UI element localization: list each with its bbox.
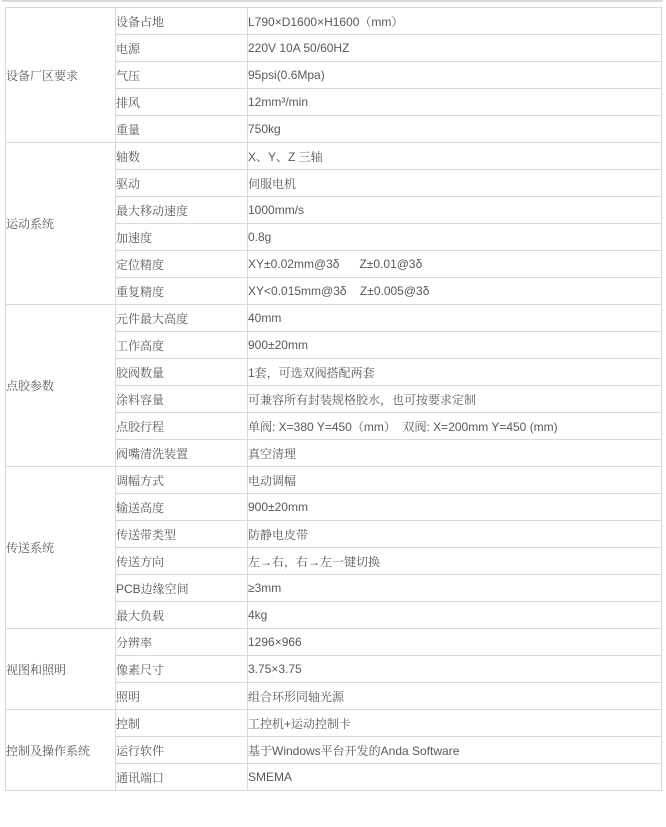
value-cell: 0.8g bbox=[248, 224, 662, 251]
param-cell: 点胶行程 bbox=[116, 413, 248, 440]
value-cell: 电动调幅 bbox=[248, 467, 662, 494]
value-cell: 左→右，右→左一键切换 bbox=[248, 548, 662, 575]
param-cell: 电源 bbox=[116, 35, 248, 62]
category-cell-5: 控制及操作系统 bbox=[6, 710, 116, 791]
value-cell: 4kg bbox=[248, 602, 662, 629]
param-cell: 阀嘴清洗装置 bbox=[116, 440, 248, 467]
param-cell: 气压 bbox=[116, 62, 248, 89]
param-cell: 照明 bbox=[116, 683, 248, 710]
category-cell-4: 视图和照明 bbox=[6, 629, 116, 710]
param-cell: 排风 bbox=[116, 89, 248, 116]
category-cell-1: 运动系统 bbox=[6, 143, 116, 305]
value-cell: 1000mm/s bbox=[248, 197, 662, 224]
param-cell: 最大负载 bbox=[116, 602, 248, 629]
param-cell: 工作高度 bbox=[116, 332, 248, 359]
value-cell: XY<0.015mm@3δ Z±0.005@3δ bbox=[248, 278, 662, 305]
table-row: 视图和照明分辨率1296×966 bbox=[6, 629, 662, 656]
param-cell: 加速度 bbox=[116, 224, 248, 251]
param-cell: 分辨率 bbox=[116, 629, 248, 656]
value-cell: 3.75×3.75 bbox=[248, 656, 662, 683]
value-cell: 可兼容所有封装规格胶水，也可按要求定制 bbox=[248, 386, 662, 413]
param-cell: 轴数 bbox=[116, 143, 248, 170]
value-cell: 基于Windows平台开发的Anda Software bbox=[248, 737, 662, 764]
param-cell: 设备占地 bbox=[116, 8, 248, 35]
value-cell: SMEMA bbox=[248, 764, 662, 791]
table-row: 传送系统调幅方式电动调幅 bbox=[6, 467, 662, 494]
spec-table-body: 设备厂区要求设备占地L790×D1600×H1600（mm）电源220V 10A… bbox=[6, 8, 662, 791]
value-cell: 1套，可选双阀搭配两套 bbox=[248, 359, 662, 386]
param-cell: 传送方向 bbox=[116, 548, 248, 575]
value-cell: 900±20mm bbox=[248, 332, 662, 359]
param-cell: 胶阀数量 bbox=[116, 359, 248, 386]
param-cell: 元件最大高度 bbox=[116, 305, 248, 332]
param-cell: 通讯端口 bbox=[116, 764, 248, 791]
param-cell: PCB边缘空间 bbox=[116, 575, 248, 602]
param-cell: 输送高度 bbox=[116, 494, 248, 521]
value-cell: 220V 10A 50/60HZ bbox=[248, 35, 662, 62]
value-cell: 真空清理 bbox=[248, 440, 662, 467]
value-cell: 工控机+运动控制卡 bbox=[248, 710, 662, 737]
param-cell: 定位精度 bbox=[116, 251, 248, 278]
param-cell: 控制 bbox=[116, 710, 248, 737]
top-divider bbox=[2, 0, 663, 2]
table-row: 运动系统轴数X、Y、Z 三轴 bbox=[6, 143, 662, 170]
value-cell: L790×D1600×H1600（mm） bbox=[248, 8, 662, 35]
param-cell: 调幅方式 bbox=[116, 467, 248, 494]
value-cell: 组合环形同轴光源 bbox=[248, 683, 662, 710]
value-cell: 1296×966 bbox=[248, 629, 662, 656]
category-cell-3: 传送系统 bbox=[6, 467, 116, 629]
value-cell: 防静电皮带 bbox=[248, 521, 662, 548]
value-cell: 95psi(0.6Mpa) bbox=[248, 62, 662, 89]
param-cell: 像素尺寸 bbox=[116, 656, 248, 683]
value-cell: 900±20mm bbox=[248, 494, 662, 521]
value-cell: 40mm bbox=[248, 305, 662, 332]
value-cell: ≥3mm bbox=[248, 575, 662, 602]
category-cell-0: 设备厂区要求 bbox=[6, 8, 116, 143]
param-cell: 传送带类型 bbox=[116, 521, 248, 548]
spec-table: 设备厂区要求设备占地L790×D1600×H1600（mm）电源220V 10A… bbox=[5, 7, 662, 791]
table-row: 控制及操作系统控制工控机+运动控制卡 bbox=[6, 710, 662, 737]
param-cell: 涂料容量 bbox=[116, 386, 248, 413]
param-cell: 运行软件 bbox=[116, 737, 248, 764]
table-row: 设备厂区要求设备占地L790×D1600×H1600（mm） bbox=[6, 8, 662, 35]
value-cell: XY±0.02mm@3δ Z±0.01@3δ bbox=[248, 251, 662, 278]
value-cell: 750kg bbox=[248, 116, 662, 143]
category-cell-2: 点胶参数 bbox=[6, 305, 116, 467]
param-cell: 驱动 bbox=[116, 170, 248, 197]
table-row: 点胶参数元件最大高度40mm bbox=[6, 305, 662, 332]
param-cell: 最大移动速度 bbox=[116, 197, 248, 224]
value-cell: 伺服电机 bbox=[248, 170, 662, 197]
param-cell: 重量 bbox=[116, 116, 248, 143]
value-cell: 单阀: X=380 Y=450（mm） 双阀: X=200mm Y=450 (m… bbox=[248, 413, 662, 440]
value-cell: 12mm³/min bbox=[248, 89, 662, 116]
value-cell: X、Y、Z 三轴 bbox=[248, 143, 662, 170]
param-cell: 重复精度 bbox=[116, 278, 248, 305]
spec-sheet-page: 设备厂区要求设备占地L790×D1600×H1600（mm）电源220V 10A… bbox=[0, 0, 666, 827]
